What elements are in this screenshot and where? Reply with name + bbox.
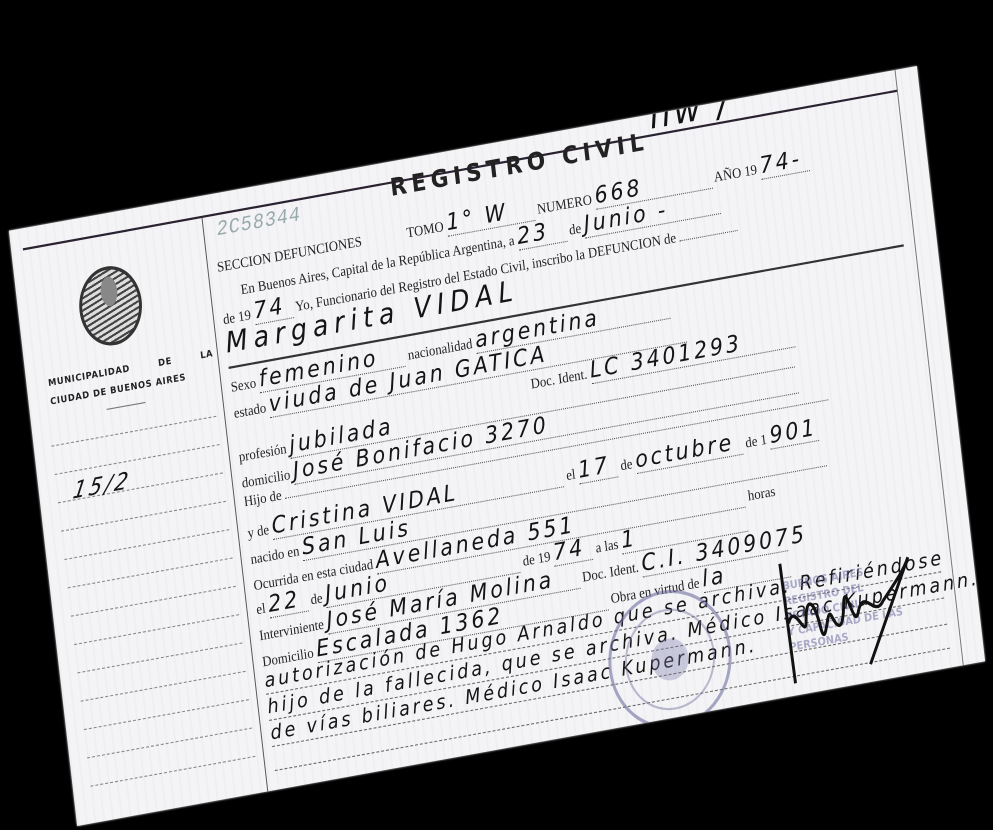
top-scribble: llw / <box>647 80 733 138</box>
issuer-block: MUNICIPALIDAD DE LA CIUDAD DE BUENOS AIR… <box>47 345 216 412</box>
death-year-label: de 19 <box>522 548 552 569</box>
sexo-label: Sexo <box>230 374 257 395</box>
y-de-label: y de <box>247 521 270 541</box>
serial-number: 2C58344 <box>215 203 302 242</box>
death-de-label: de <box>310 589 324 608</box>
divider <box>107 402 146 410</box>
birth-el-label: el <box>565 465 576 483</box>
official-signature <box>770 534 931 691</box>
a-las-label: a las <box>595 535 620 555</box>
birth-year-label: de 1 <box>744 431 767 451</box>
birth-de-label: de <box>619 455 633 474</box>
death-el-label: el <box>255 599 266 617</box>
de-label: de <box>568 220 582 239</box>
issuer-word: LA <box>199 345 214 366</box>
city-seal-icon <box>75 261 146 351</box>
death-certificate: llw / MUNICIPALIDAD DE LA CIUDAD DE BUEN… <box>9 66 985 826</box>
